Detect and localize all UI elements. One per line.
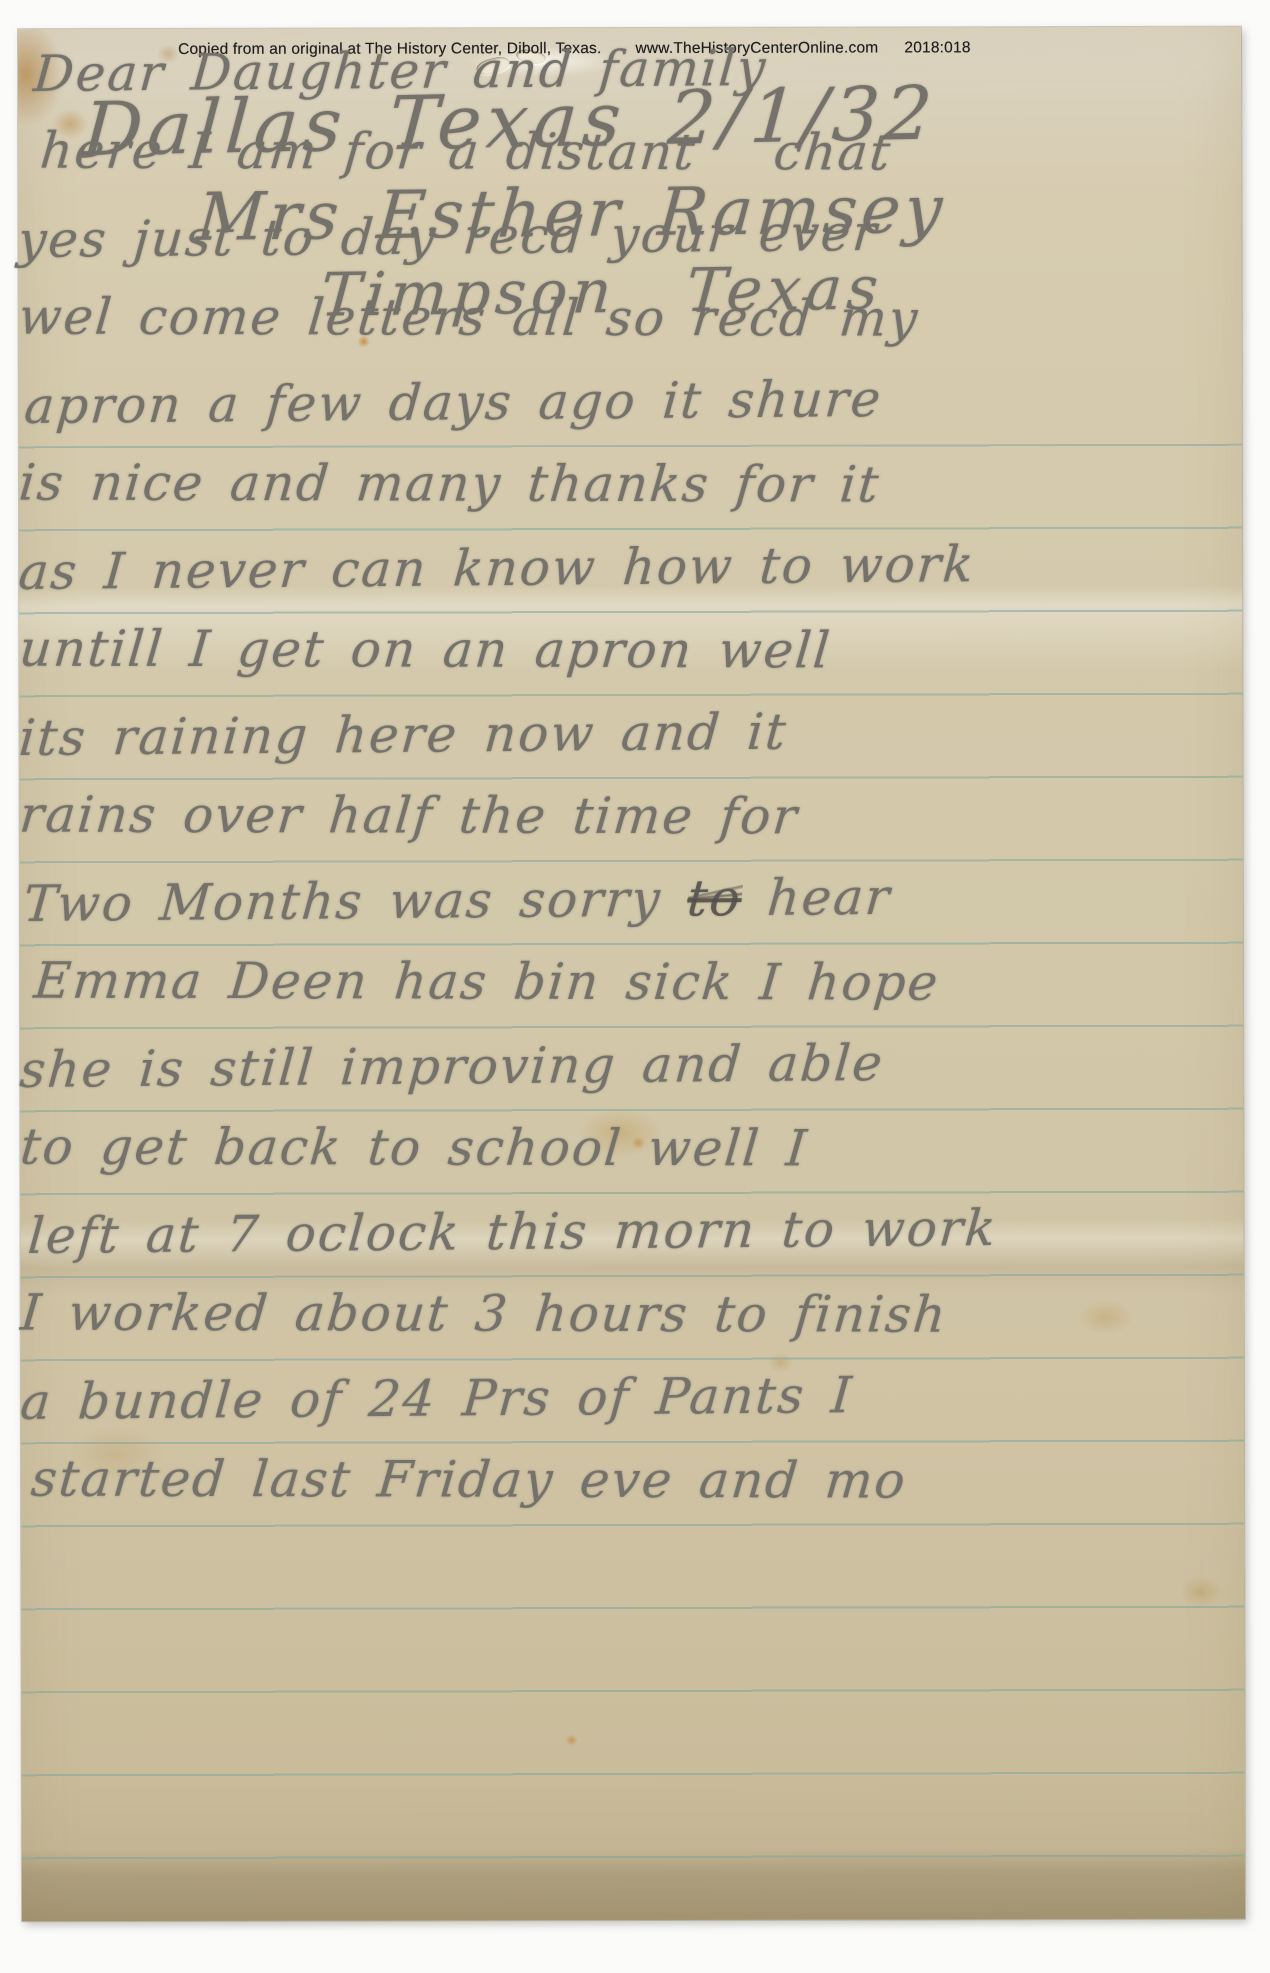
- handwritten-line: yes just to day recd your ever: [15, 189, 1245, 282]
- handwritten-line: as I never can know how to work: [16, 521, 1246, 614]
- letter-body: Dear Daughter and familyhere I am for a …: [18, 27, 1244, 1524]
- handwritten-line: to get back to school well I: [17, 1106, 1247, 1192]
- handwritten-line: a bundle of 24 Prs of Pants I: [17, 1351, 1247, 1444]
- handwritten-line: wel come letters all so recd my: [15, 276, 1245, 362]
- handwritten-line: left at 7 oclock this morn to work: [25, 1185, 1247, 1278]
- struck-out-word: to: [685, 869, 744, 927]
- handwritten-line: here I am for a distant chat: [37, 110, 1245, 196]
- handwritten-line: apron a few days ago it shure: [21, 355, 1245, 448]
- handwritten-line: Emma Deen has bin sick I hope: [31, 940, 1247, 1026]
- handwritten-line: started last Friday eve and mo: [28, 1438, 1248, 1524]
- handwritten-line: I worked about 3 hours to finish: [17, 1272, 1247, 1358]
- handwritten-line: Dear Daughter and family: [31, 23, 1245, 116]
- handwritten-line: is nice and many thanks for it: [15, 442, 1245, 528]
- handwritten-line: she is still improving and able: [17, 1019, 1247, 1112]
- scan-background: Copied from an original at The History C…: [0, 0, 1270, 1973]
- handwritten-line: its raining here now and it: [16, 687, 1246, 780]
- handwritten-line: untill I get on an apron well: [16, 608, 1246, 694]
- handwritten-line: rains over half the time for: [16, 774, 1246, 860]
- handwritten-line: Two Months was sorry to hear: [20, 853, 1246, 946]
- letter-page: Copied from an original at The History C…: [18, 27, 1245, 1922]
